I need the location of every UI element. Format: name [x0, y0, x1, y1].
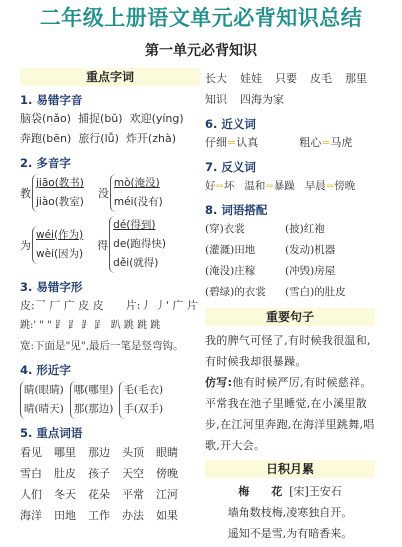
similar-group: 睛(眼睛) 晴(晴天) [20, 381, 64, 419]
poem-line: 遥知不是雪,为有暗香来。 [205, 523, 375, 544]
double-arrow-icon: ⇔ [326, 181, 334, 192]
polyphonic-group: 教 jiāo(教书) jiào(教室) [20, 174, 84, 212]
double-arrow-icon: ⇔ [265, 181, 273, 192]
left-column: 重点字词 1. 易错字音 脑袋(nǎo) 捕捉(bǔ) 欢迎(yíng) 奔跑(… [20, 68, 200, 526]
poem-title: 梅 花 [238, 485, 282, 498]
heading-synonyms: 6. 近义词 [205, 115, 380, 133]
unit-subtitle: 第一单元必背知识 [0, 40, 402, 60]
pronunciation-row: 奔跑(bēn) 旅行(lǚ) 炸开(zhà) [20, 129, 200, 149]
equals-icon: = [227, 136, 236, 149]
polyphonic-row: 为 wéi(作为) wèi(因为) 得 dé(得到) de(跑得快) děi(就… [20, 216, 200, 273]
pronunciation-row: 脑袋(nǎo) 捕捉(bǔ) 欢迎(yíng) [20, 109, 200, 129]
similar-characters-row: 睛(眼睛) 晴(晴天) 哪(哪里) 那(那边) 毛(毛衣) 手(双手) [20, 381, 200, 419]
similar-group: 哪(哪里) 那(那边) [70, 381, 114, 419]
similar-group: 毛(毛衣) 手(双手) [119, 381, 163, 419]
collocation-grid: (穿)衣裳 (披)红袍 (灌溉)田地 (发动)机器 (淹没)庄稼 (冲毁)房屋 … [205, 219, 380, 303]
key-words-grid: 看见 哪里 那边 头顶 眼睛 雪白 肚皮 孩子 天空 傍晚 人们 冬天 花朵 平… [20, 442, 200, 526]
heading-word-collocation: 8. 词语搭配 [205, 201, 380, 219]
heading-key-words: 5. 重点词语 [20, 424, 200, 442]
poem: 梅 花 [宋]王安石 墙角数枝梅,凌寒独自开。 遥知不是雪,为有暗香来。 [205, 481, 375, 544]
page-title: 二年级上册语文单元必背知识总结 [0, 2, 402, 32]
antonym-row: 好⇔坏 温和⇔暴躁 早晨⇔傍晚 [205, 176, 380, 196]
heading-easy-mistake-pronunciation: 1. 易错字音 [20, 91, 200, 109]
section-band-daily-accumulation: 日积月累 [205, 460, 375, 478]
polyphonic-group: 没 mò(淹没) méi(没有) [98, 174, 163, 212]
heading-antonyms: 7. 反义词 [205, 158, 380, 176]
heading-similar-characters: 4. 形近字 [20, 361, 200, 379]
stroke-order-row: 皮:乛 厂 广 皮 皮 片:丿 丿' 广 片 [20, 296, 200, 316]
heading-polyphonic-characters: 2. 多音字 [20, 154, 200, 172]
sentence-3: 平常我在池子里睡觉,在小溪里散步,在江河里奔跑,在海洋里跳舞,唱歌,开大会。 [205, 393, 380, 456]
polyphonic-group: 为 wéi(作为) wèi(因为) [20, 216, 83, 273]
stroke-order-row: 宽:下面是"见",最后一笔是竖弯钩。 [20, 336, 200, 356]
sentence-1: 我的脾气可怪了,有时候我很温和,有时候我却很暴躁。 [205, 330, 380, 372]
sentence-imitation: 仿写:他有时候严厉,有时候慈祥。 [205, 372, 380, 393]
section-band-important-sentences: 重要句子 [205, 308, 375, 326]
poem-author: [宋]王安石 [289, 485, 342, 498]
polyphonic-row: 教 jiāo(教书) jiào(教室) 没 mò(淹没) méi(没有) [20, 174, 200, 212]
section-band-key-words: 重点字词 [20, 68, 200, 86]
double-arrow-icon: ⇔ [216, 181, 224, 192]
polyphonic-group: 得 dé(得到) de(跑得快) děi(就得) [97, 216, 166, 273]
stroke-order-row: 跳:' " " ⻊ ⻊ ⻊ 𧾷 𧿒 趴 跳 跳 跳 [20, 316, 200, 336]
key-words-continued: 长大 娃娃 只要 皮毛 那里 知识 四海为家 [205, 68, 380, 110]
right-column: 长大 娃娃 只要 皮毛 那里 知识 四海为家 6. 近义词 仔细=认真 粗心=马… [205, 68, 380, 544]
synonym-row: 仔细=认真 粗心=马虎 [205, 133, 380, 153]
poem-line: 墙角数枝梅,凌寒独自开。 [205, 502, 375, 523]
heading-easy-mistake-forms: 3. 易错字形 [20, 278, 200, 296]
